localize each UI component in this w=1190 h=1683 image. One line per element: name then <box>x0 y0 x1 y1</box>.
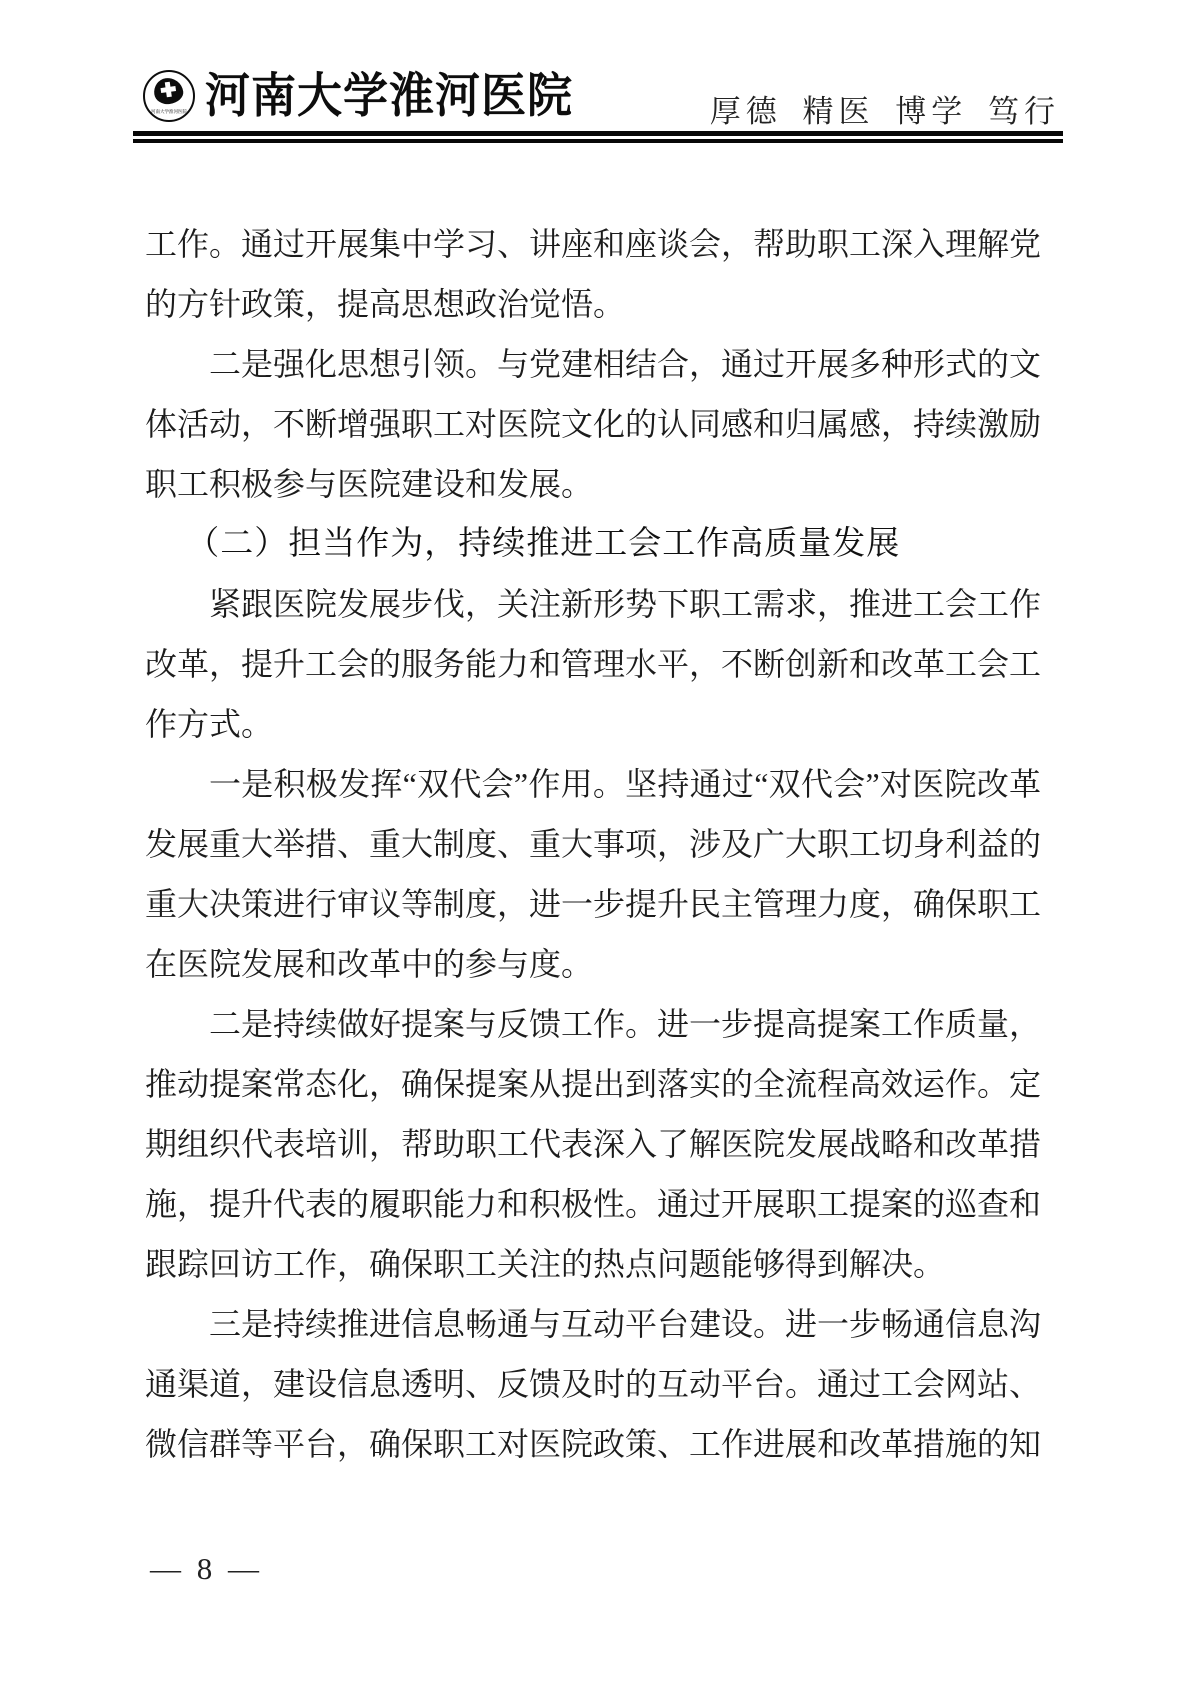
paragraph-continuation: 工作。通过开展集中学习、讲座和座谈会，帮助职工深入理解党的方针政策，提高思想政治… <box>145 214 1041 334</box>
paragraph: 二是持续做好提案与反馈工作。进一步提高提案工作质量，推动提案常态化，确保提案从提… <box>145 994 1041 1294</box>
hospital-emblem-icon: 河南大学淮河医院 <box>143 70 195 122</box>
document-body: 工作。通过开展集中学习、讲座和座谈会，帮助职工深入理解党的方针政策，提高思想政治… <box>145 214 1041 1474</box>
document-page: 河南大学淮河医院 河南大学淮河医院 厚德 精医 博学 笃行 工作。通过开展集中学… <box>0 0 1190 1683</box>
hospital-motto: 厚德 精医 博学 笃行 <box>710 94 1060 130</box>
hospital-brand: 河南大学淮河医院 河南大学淮河医院 <box>143 70 573 122</box>
page-number: — 8 — <box>150 1548 263 1590</box>
paragraph: 一是积极发挥“双代会”作用。坚持通过“双代会”对医院改革发展重大举措、重大制度、… <box>145 754 1041 994</box>
section-heading: （二）担当作为，持续推进工会工作高质量发展 <box>145 514 1041 574</box>
paragraph: 紧跟医院发展步伐，关注新形势下职工需求，推进工会工作改革，提升工会的服务能力和管… <box>145 574 1041 754</box>
paragraph: 三是持续推进信息畅通与互动平台建设。进一步畅通信息沟通渠道，建设信息透明、反馈及… <box>145 1294 1041 1474</box>
emblem-arc-text: 河南大学淮河医院 <box>147 110 190 115</box>
header-divider <box>133 131 1063 143</box>
medical-cross-icon <box>152 76 184 106</box>
page-header: 河南大学淮河医院 河南大学淮河医院 厚德 精医 博学 笃行 <box>133 68 1063 132</box>
hospital-name: 河南大学淮河医院 <box>205 68 573 123</box>
paragraph: 二是强化思想引领。与党建相结合，通过开展多种形式的文体活动，不断增强职工对医院文… <box>145 334 1041 514</box>
